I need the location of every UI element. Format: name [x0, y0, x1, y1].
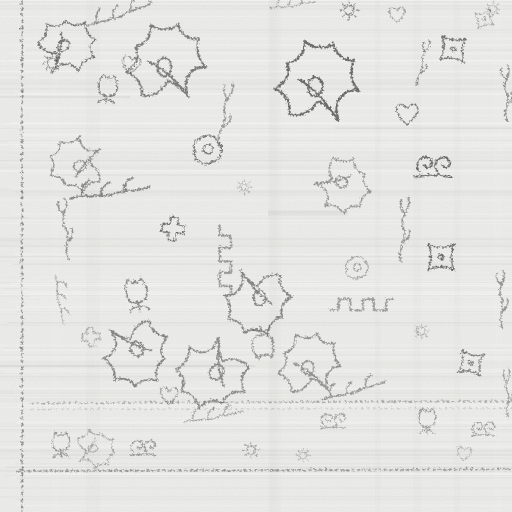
rug-photo	[0, 0, 512, 512]
film-grain-overlay	[0, 0, 512, 512]
rug-pattern-svg	[0, 0, 512, 512]
